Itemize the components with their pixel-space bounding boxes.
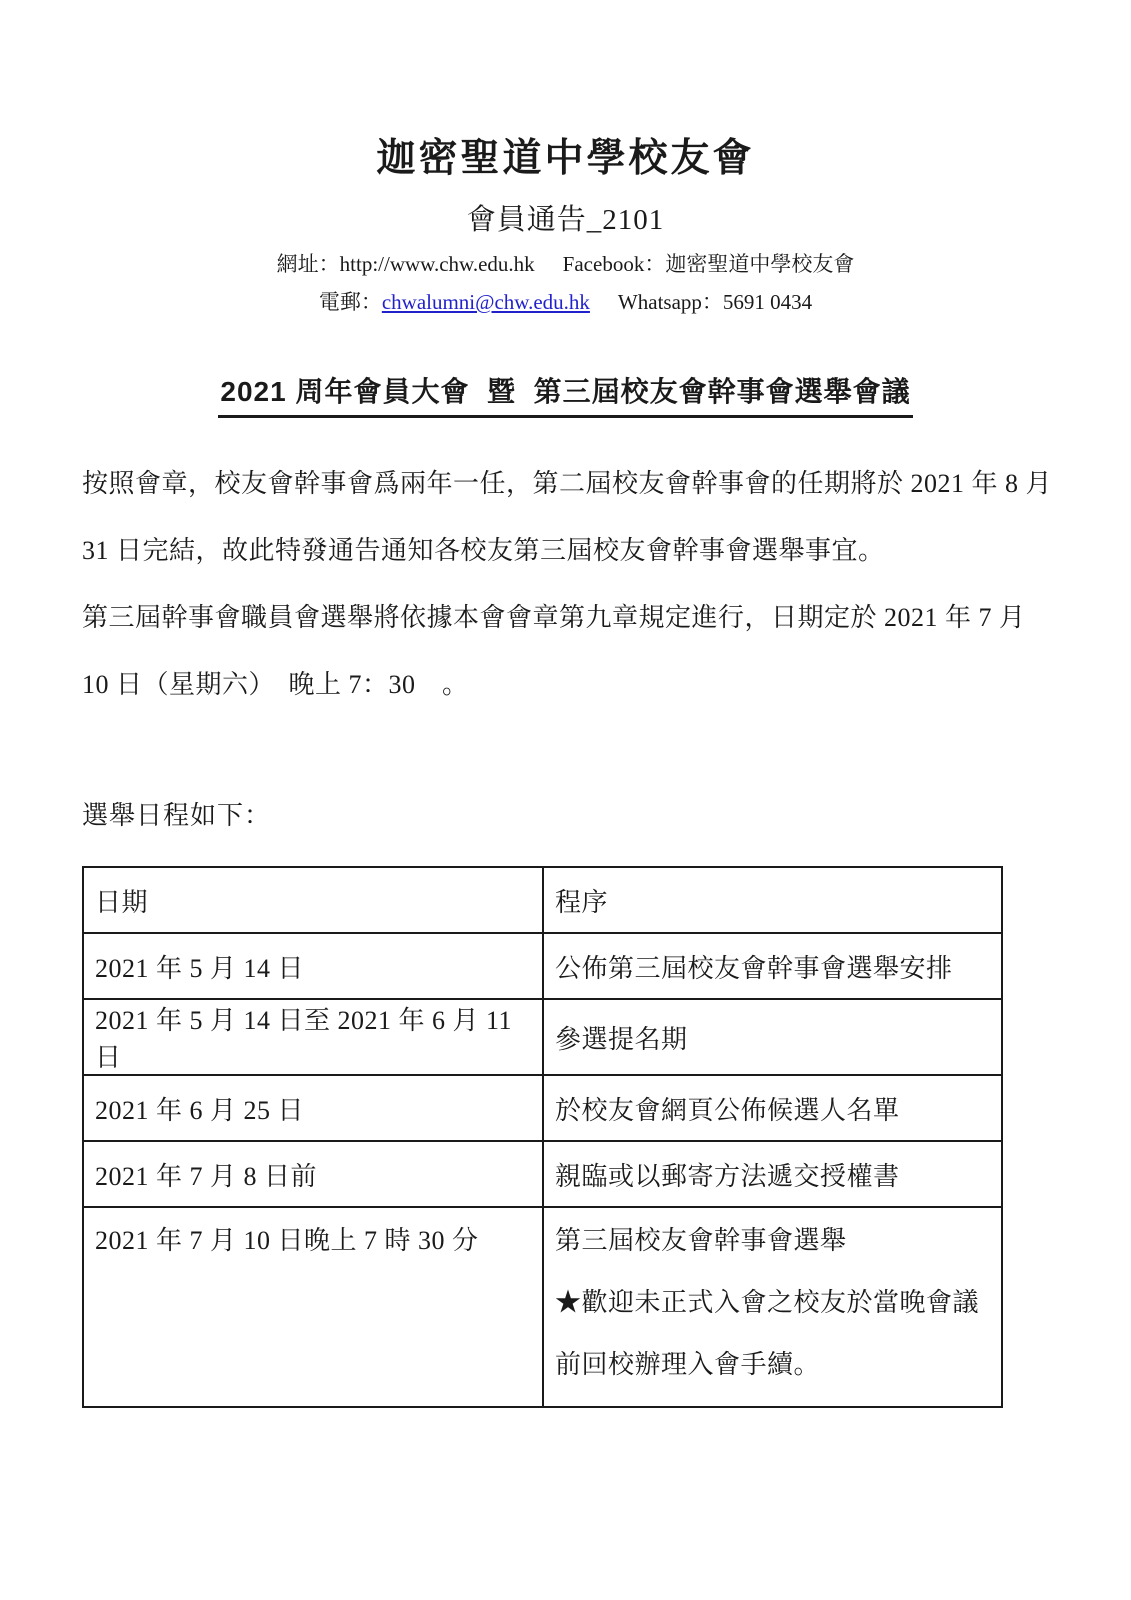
table-row: 2021 年 5 月 14 日 公佈第三屆校友會幹事會選舉安排 — [83, 933, 1002, 999]
table-row: 2021 年 7 月 8 日前 親臨或以郵寄方法遞交授權書 — [83, 1141, 1002, 1207]
table-cell-procedure: 親臨或以郵寄方法遞交授權書 — [543, 1141, 1002, 1207]
email-label: 電郵： — [319, 290, 382, 314]
contact-line-web: 網址：http://www.chw.edu.hkFacebook：迦密聖道中學校… — [0, 248, 1131, 278]
table-header-row: 日期 程序 — [83, 867, 1002, 933]
body-line: 10 日（星期六） 晚上 7：30 。 — [82, 651, 1062, 718]
contact-line-email: 電郵：chwalumni@chw.edu.hkWhatsapp：5691 043… — [0, 286, 1131, 316]
table-note-line: 前回校辦理入會手續。 — [555, 1334, 993, 1396]
email-link[interactable]: chwalumni@chw.edu.hk — [382, 290, 590, 314]
schedule-table: 日期 程序 2021 年 5 月 14 日 公佈第三屆校友會幹事會選舉安排 20… — [82, 866, 1003, 1408]
table-row: 2021 年 5 月 14 日至 2021 年 6 月 11 日 參選提名期 — [83, 999, 1002, 1075]
table-row: 2021 年 7 月 10 日晚上 7 時 30 分 第三屆校友會幹事會選舉 ★… — [83, 1207, 1002, 1407]
table-cell-procedure: 參選提名期 — [543, 999, 1002, 1075]
table-cell-line: 2021 年 7 月 10 日晚上 7 時 30 分 — [95, 1210, 534, 1272]
table-cell-procedure: 於校友會網頁公佈候選人名單 — [543, 1075, 1002, 1141]
body-line: 第三屆幹事會職員會選舉將依據本會會章第九章規定進行，日期定於 2021 年 7 … — [82, 584, 1062, 651]
document-page: 迦密聖道中學校友會 會員通告_2101 網址：http://www.chw.ed… — [0, 0, 1131, 1600]
table-note-line: ★歡迎未正式入會之校友於當晚會議 — [555, 1272, 993, 1334]
table-cell-date: 2021 年 6 月 25 日 — [83, 1075, 543, 1141]
body-paragraph: 按照會章，校友會幹事會爲兩年一任，第二屆校友會幹事會的任期將於 2021 年 8… — [82, 450, 1062, 584]
table-header-procedure: 程序 — [543, 867, 1002, 933]
table-cell-date: 2021 年 5 月 14 日 — [83, 933, 543, 999]
main-heading-wrap: 2021 周年會員大會 暨 第三屆校友會幹事會選舉會議 — [0, 370, 1131, 418]
body-line: 31 日完結，故此特發通告通知各校友第三屆校友會幹事會選舉事宜。 — [82, 517, 1062, 584]
website-url: http://www.chw.edu.hk — [340, 252, 535, 276]
facebook-name: 迦密聖道中學校友會 — [665, 252, 854, 276]
main-heading: 2021 周年會員大會 暨 第三屆校友會幹事會選舉會議 — [218, 370, 912, 418]
facebook-label: Facebook： — [563, 252, 666, 276]
notice-number: 會員通告_2101 — [0, 197, 1131, 238]
whatsapp-number: 5691 0434 — [723, 290, 812, 314]
schedule-intro: 選舉日程如下： — [82, 782, 271, 849]
table-cell-date: 2021 年 7 月 8 日前 — [83, 1141, 543, 1207]
table-cell-date: 2021 年 7 月 10 日晚上 7 時 30 分 — [83, 1207, 543, 1407]
document-title: 迦密聖道中學校友會 — [0, 136, 1131, 183]
body-text: 按照會章，校友會幹事會爲兩年一任，第二屆校友會幹事會的任期將於 2021 年 8… — [82, 450, 1062, 718]
table-row: 2021 年 6 月 25 日 於校友會網頁公佈候選人名單 — [83, 1075, 1002, 1141]
table-cell-procedure: 第三屆校友會幹事會選舉 ★歡迎未正式入會之校友於當晚會議 前回校辦理入會手續。 — [543, 1207, 1002, 1407]
whatsapp-label: Whatsapp： — [618, 290, 723, 314]
document-header: 迦密聖道中學校友會 會員通告_2101 網址：http://www.chw.ed… — [0, 136, 1131, 316]
table-cell-procedure: 公佈第三屆校友會幹事會選舉安排 — [543, 933, 1002, 999]
body-paragraph: 第三屆幹事會職員會選舉將依據本會會章第九章規定進行，日期定於 2021 年 7 … — [82, 584, 1062, 718]
table-cell-line: 第三屆校友會幹事會選舉 — [555, 1210, 993, 1272]
table-header-date: 日期 — [83, 867, 543, 933]
website-label: 網址： — [277, 252, 340, 276]
body-line: 按照會章，校友會幹事會爲兩年一任，第二屆校友會幹事會的任期將於 2021 年 8… — [82, 450, 1062, 517]
table-cell-date: 2021 年 5 月 14 日至 2021 年 6 月 11 日 — [83, 999, 543, 1075]
